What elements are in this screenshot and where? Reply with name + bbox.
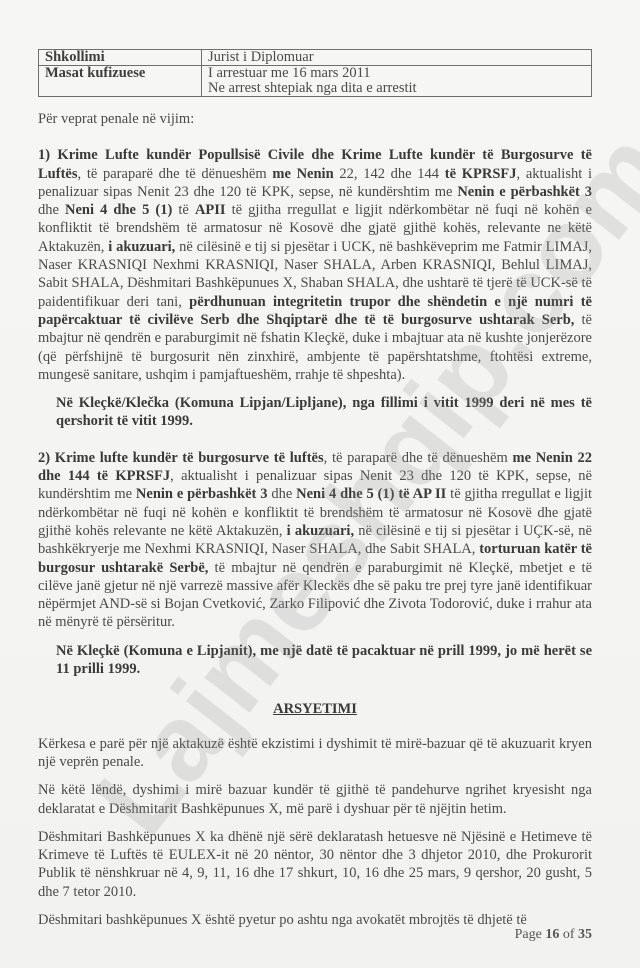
- charge-1-paragraph: 1) Krime Lufte kundër Popullsisë Civile …: [38, 146, 592, 384]
- charge-2-location: Në Kleçkë (Komuna e Lipjanit), me një da…: [56, 642, 592, 679]
- row-value: I arrestuar me 16 mars 2011 Ne arrest sh…: [202, 66, 592, 97]
- info-table: Shkollimi Jurist i Diplomuar Masat kufiz…: [38, 49, 592, 97]
- charge-2-paragraph: 2) Krime lufte kundër të burgosurve të l…: [38, 449, 592, 632]
- table-row: Masat kufizuese I arrestuar me 16 mars 2…: [39, 66, 592, 97]
- body-paragraph: Dëshmitari Bashkëpunues X ka dhënë një s…: [38, 828, 592, 901]
- row-value: Jurist i Diplomuar: [202, 50, 592, 66]
- section-heading: ARSYETIMI: [38, 700, 592, 718]
- table-row: Shkollimi Jurist i Diplomuar: [39, 50, 592, 66]
- document-page: Shkollimi Jurist i Diplomuar Masat kufiz…: [0, 0, 640, 968]
- document-body: Për veprat penale në vijim: 1) Krime Luf…: [38, 110, 592, 939]
- charge-1-location: Në Kleçkë/Klečka (Komuna Lipjan/Lipljane…: [56, 394, 592, 431]
- row-key: Shkollimi: [39, 50, 202, 66]
- body-paragraph: Kërkesa e parë për një aktakuzë është ek…: [38, 735, 592, 772]
- value-line: I arrestuar me 16 mars 2011: [208, 66, 585, 81]
- body-paragraph: Dëshmitari bashkëpunues X është pyetur p…: [38, 911, 592, 929]
- body-paragraph: Në këtë lëndë, dyshimi i mirë bazuar kun…: [38, 781, 592, 818]
- intro-text: Për veprat penale në vijim:: [38, 110, 592, 128]
- row-key: Masat kufizuese: [39, 66, 202, 97]
- value-line: Ne arrest shtepiak nga dita e arrestit: [208, 81, 585, 96]
- page-number: Page 16 of 35: [515, 927, 592, 943]
